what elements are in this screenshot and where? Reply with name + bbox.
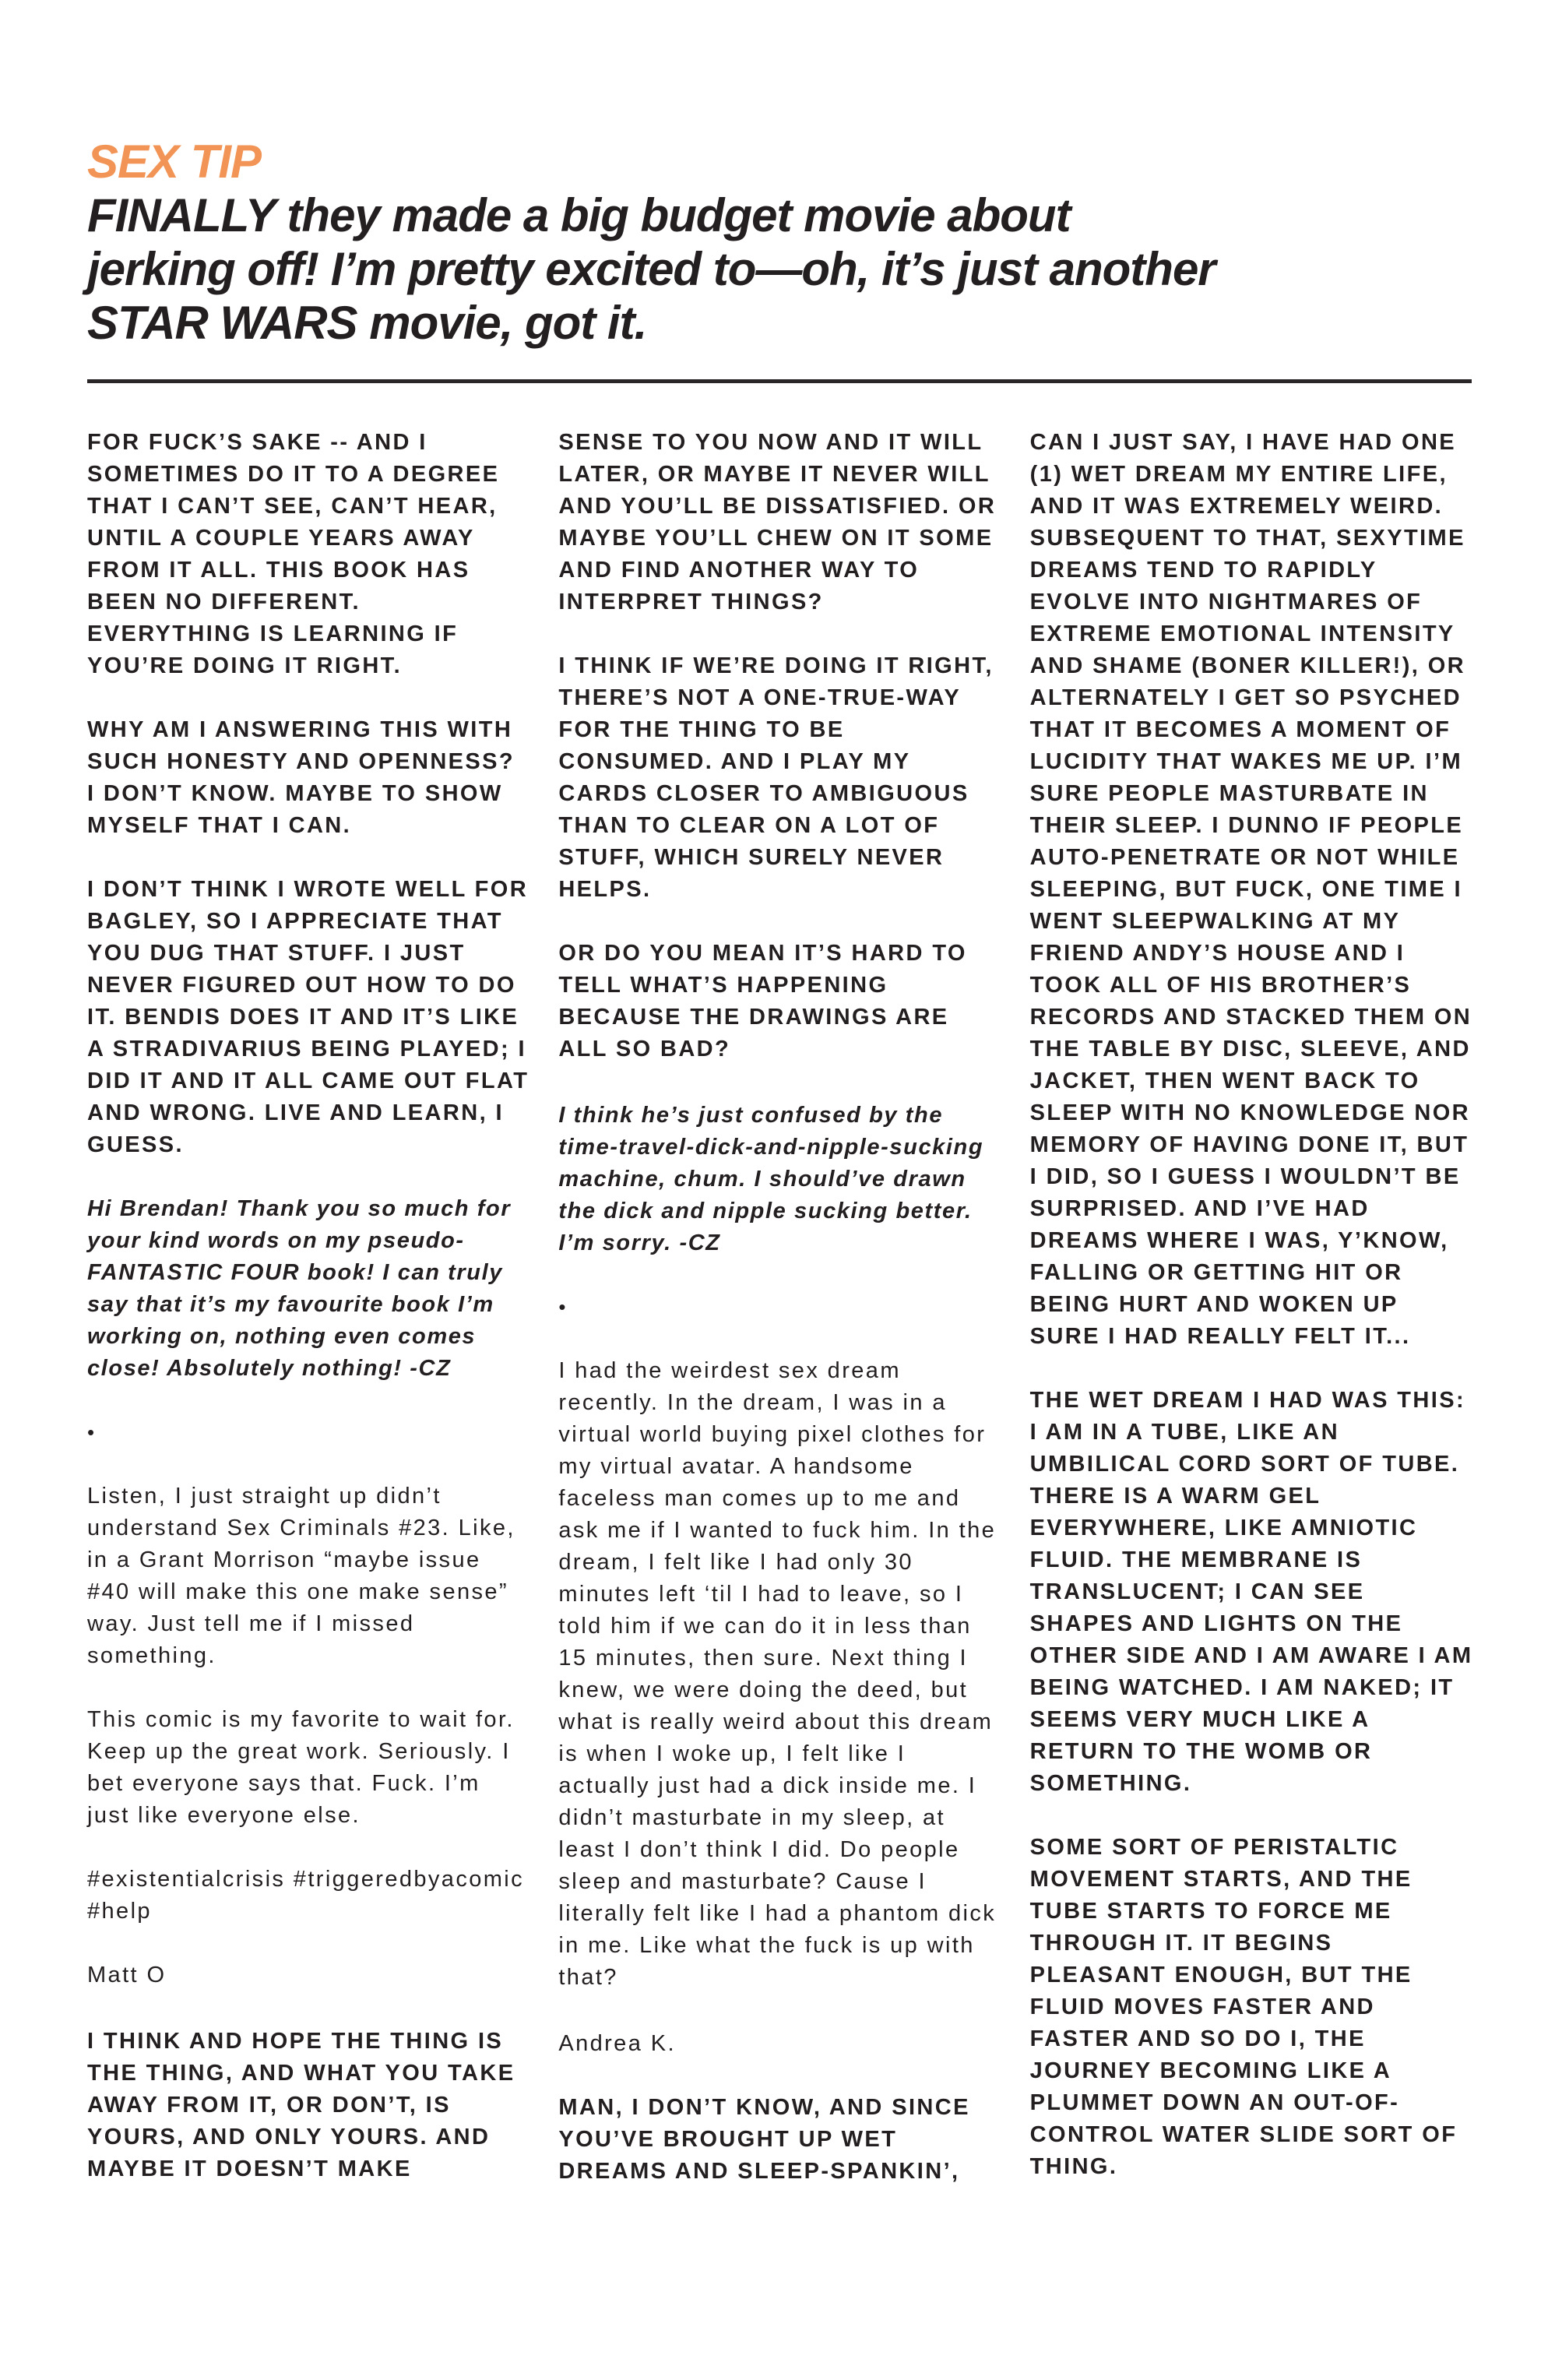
- letter-paragraph-caps: WHY AM I ANSWERING THIS WITH SUCH HONEST…: [87, 714, 530, 842]
- page-title: SEX TIP FINALLY they made a big budget m…: [87, 81, 1473, 350]
- letter-paragraph-caps: I DON’T THINK I WROTE WELL FOR BAGLEY, S…: [87, 874, 530, 1161]
- letter-paragraph-caps: OR DO YOU MEAN IT’S HARD TO TELL WHAT’S …: [558, 938, 1001, 1065]
- bullet-separator: •: [558, 1291, 1001, 1323]
- sex-tip-headline-text: FINALLY they made a big budget movie abo…: [87, 189, 1216, 349]
- letter-paragraph-plain: Matt O: [87, 1959, 530, 1991]
- letter-paragraph-plain: I had the weirdest sex dream recently. I…: [558, 1355, 1001, 1994]
- letter-paragraph-caps: CAN I JUST SAY, I HAVE HAD ONE (1) WET D…: [1030, 427, 1473, 1353]
- letter-paragraph-caps: MAN, I DON’T KNOW, AND SINCE YOU’VE BROU…: [558, 2092, 1001, 2188]
- letter-paragraph-reply: Hi Brendan! Thank you so much for your k…: [87, 1193, 530, 1385]
- divider-rule: [87, 379, 1472, 383]
- column-1: FOR FUCK’S SAKE -- AND I SOMETIMES DO IT…: [87, 427, 530, 2220]
- letter-paragraph-caps: I THINK AND HOPE THE THING IS THE THING,…: [87, 2026, 530, 2185]
- letter-paragraph-plain: This comic is my favorite to wait for. K…: [87, 1704, 530, 1832]
- letter-paragraph-caps: SOME SORT OF PERISTALTIC MOVEMENT STARTS…: [1030, 1832, 1473, 2183]
- column-3: CAN I JUST SAY, I HAVE HAD ONE (1) WET D…: [1030, 427, 1473, 2220]
- bullet-separator: •: [87, 1417, 530, 1449]
- letter-paragraph-caps: THE WET DREAM I HAD WAS THIS: I AM IN A …: [1030, 1385, 1473, 1800]
- letter-paragraph-plain: Andrea K.: [558, 2028, 1001, 2060]
- letters-columns: FOR FUCK’S SAKE -- AND I SOMETIMES DO IT…: [87, 427, 1473, 2220]
- column-2: SENSE TO YOU NOW AND IT WILL LATER, OR M…: [558, 427, 1001, 2220]
- sex-tip-label: SEX TIP: [87, 136, 266, 188]
- letters-page: SEX TIP FINALLY they made a big budget m…: [0, 0, 1548, 2380]
- letter-paragraph-caps: SENSE TO YOU NOW AND IT WILL LATER, OR M…: [558, 427, 1001, 618]
- letter-paragraph-reply: I think he’s just confused by the time-t…: [558, 1100, 1001, 1259]
- letter-paragraph-plain: Listen, I just straight up didn’t unders…: [87, 1480, 530, 1672]
- letter-paragraph-caps: FOR FUCK’S SAKE -- AND I SOMETIMES DO IT…: [87, 427, 530, 682]
- letter-paragraph-plain: #existentialcrisis #triggeredbyacomic #h…: [87, 1864, 530, 1928]
- letter-paragraph-caps: I THINK IF WE’RE DOING IT RIGHT, THERE’S…: [558, 650, 1001, 906]
